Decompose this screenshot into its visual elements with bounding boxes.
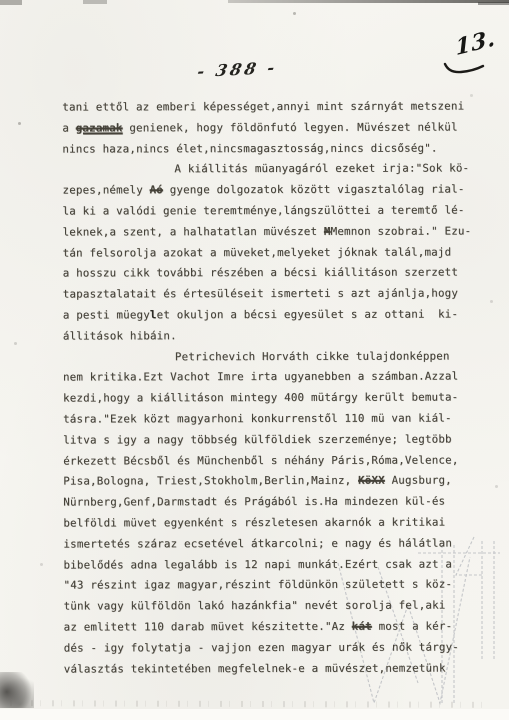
typewritten-line: az emlitett 110 darab müvet készitette."… [64,616,474,638]
text-segment: tapasztalatait és értesüléseit ismerteti… [63,287,458,301]
typewritten-line: belföldi müvet egyenként s részletesen a… [63,512,473,534]
scan-artifact-top-right-corner [478,2,509,5]
text-segment: nincs haza,nincs élet,nincsmagasztosság,… [62,141,437,155]
text-segment: érkezett Bécsből és Münchenből s néhány … [63,453,458,467]
toner-speck [40,563,43,566]
text-segment: Nürnberg,Genf,Darmstadt és Prágából is.H… [63,495,445,509]
typewritten-line: a pesti müegylet okuljon a bécsi egyesül… [63,304,473,326]
text-segment: ismertetés száraz ecsetével átkarcolni; … [63,536,452,550]
text-segment: az emlitett 110 darab müvet készitette."… [64,620,352,634]
text-segment: gyenge dolgozatok között vigasztalólag r… [163,183,465,197]
text-segment: tásra."Ezek közt magyarhoni konkurrenstő… [63,411,452,425]
text-segment: bibelődés adna legalább is 12 napi munká… [63,557,452,571]
overstruck-text: gazamak [76,121,123,134]
text-segment: tünk vagy külföldön lakó hazánkfia" nevé… [64,599,446,613]
typewritten-line: a gazamak genienek, hogy földönfutó legy… [62,117,472,139]
typewritten-line: A kiállitás müanyagáról ezeket irja:"Sok… [62,159,472,181]
typewritten-line: kezdi,hogy a kiállitáson mintegy 400 müt… [63,388,473,410]
text-segment: most a kér- [372,619,452,632]
toner-speck [14,342,17,345]
typewritten-line: tán felsorolja azokat a müveket,melyeket… [63,242,473,264]
text-segment: a pesti müegy [63,308,150,321]
text-segment: Augsburg, [385,474,452,487]
text-segment: a hosszu cikk további részében a bécsi k… [63,266,458,280]
typewritten-line: tünk vagy külföldön lakó hazánkfia" nevé… [64,596,474,618]
typewritten-line: zepes,némely Aó gyenge dolgozatok között… [62,180,472,202]
overstruck-text: KöXX [358,474,385,487]
typewritten-line: Pisa,Bologna, Triest,Stokholm,Berlin,Mai… [63,471,473,493]
toner-speck [495,485,498,488]
toner-speck [293,12,296,15]
text-segment: la ki a valódi genie teremtménye,lángszü… [63,203,465,217]
typewritten-line: nincs haza,nincs élet,nincsmagasztosság,… [62,138,472,160]
text-segment: Memnon szobrai." Ezu- [331,224,472,237]
scan-artifact-bottom-noise [10,700,490,708]
scan-artifact-top-left [0,0,22,5]
scan-artifact-top-right-strip [228,0,509,3]
text-segment: zepes,némely [62,183,149,196]
overstruck-text: kát [352,620,372,633]
typewritten-line: tapasztalatait és értesüléseit ismerteti… [63,284,473,306]
typewritten-line: ismertetés száraz ecsetével átkarcolni; … [63,533,473,555]
typewritten-line: tani ettől az emberi képességet,annyi mi… [62,96,472,118]
scan-artifact-top-mid [83,0,107,4]
typewritten-line: dés - igy folytatja - vajjon ezen magyar… [64,637,474,659]
handwritten-page-number: 13. [441,28,499,80]
typewritten-line: választás tekintetében megfelelnek-e a m… [64,658,474,680]
text-segment: dés - igy folytatja - vajjon ezen magyar… [64,640,459,654]
typewritten-line: Nürnberg,Genf,Darmstadt és Prágából is.H… [63,492,473,514]
typewritten-line: la ki a valódi genie teremtménye,lángszü… [63,200,473,222]
toner-speck [470,94,473,97]
text-segment: állitások hibáin. [63,329,177,342]
toner-speck [18,122,21,125]
typewritten-line: litva s igy a nagy többség külföldiek sz… [63,429,473,451]
typewritten-line: tásra."Ezek közt magyarhoni konkurrenstő… [63,408,473,430]
text-segment: Pisa,Bologna, Triest,Stokholm,Berlin,Mai… [63,474,358,488]
typewritten-line: "43 részint igaz magyar,részint földünkö… [63,575,473,597]
text-segment: tani ettől az emberi képességet,annyi mi… [62,99,464,113]
typewritten-line: a hosszu cikk további részében a bécsi k… [63,263,473,285]
typewritten-line: nem kritika.Ezt Vachot Imre irta ugyaneb… [63,367,473,389]
toner-speck [490,300,493,303]
text-segment: genienek, hogy földönfutó legyen. Müvész… [123,120,458,134]
typewritten-line: Petrichevich Horváth cikke tulajdonképpe… [63,346,473,368]
typewritten-text: tani ettől az emberi képességet,annyi mi… [62,96,474,679]
text-segment: leknek,a szent, a halhatatlan müvészet [63,225,324,239]
typewritten-line: állitások hibáin. [63,325,473,347]
typewritten-line: bibelődés adna legalább is 12 napi munká… [63,554,473,576]
text-segment: A kiállitás müanyagáról ezeket irja:"Sok… [174,162,469,176]
overstruck-text: Aó [150,183,163,196]
text-segment: Petrichevich Horváth cikke tulajdonképpe… [175,349,450,363]
text-segment: nem kritika.Ezt Vachot Imre irta ugyaneb… [63,370,458,384]
text-segment: et okuljon a bécsi egyesület s az ottani… [157,307,459,321]
text-segment: a [62,121,75,134]
text-segment: választás tekintetében megfelelnek-e a m… [64,661,446,675]
text-segment: tán felsorolja azokat a müveket,melyeket… [63,245,452,259]
text-segment: litva s igy a nagy többség külföldiek sz… [63,432,452,446]
typewritten-line: leknek,a szent, a halhatatlan müvészet M… [63,221,473,243]
typewritten-line: érkezett Bécsből és Münchenből s néhány … [63,450,473,472]
handwritten-folio-number: - 388 - [196,58,279,81]
text-segment: belföldi müvet egyenként s részletesen a… [63,515,445,529]
scanned-page: 13. - 388 - tani ettől az emberi képessé… [0,0,509,709]
text-segment: "43 részint igaz magyar,részint földünkö… [63,578,452,592]
text-segment: kezdi,hogy a kiállitáson mintegy 400 müt… [63,391,458,405]
